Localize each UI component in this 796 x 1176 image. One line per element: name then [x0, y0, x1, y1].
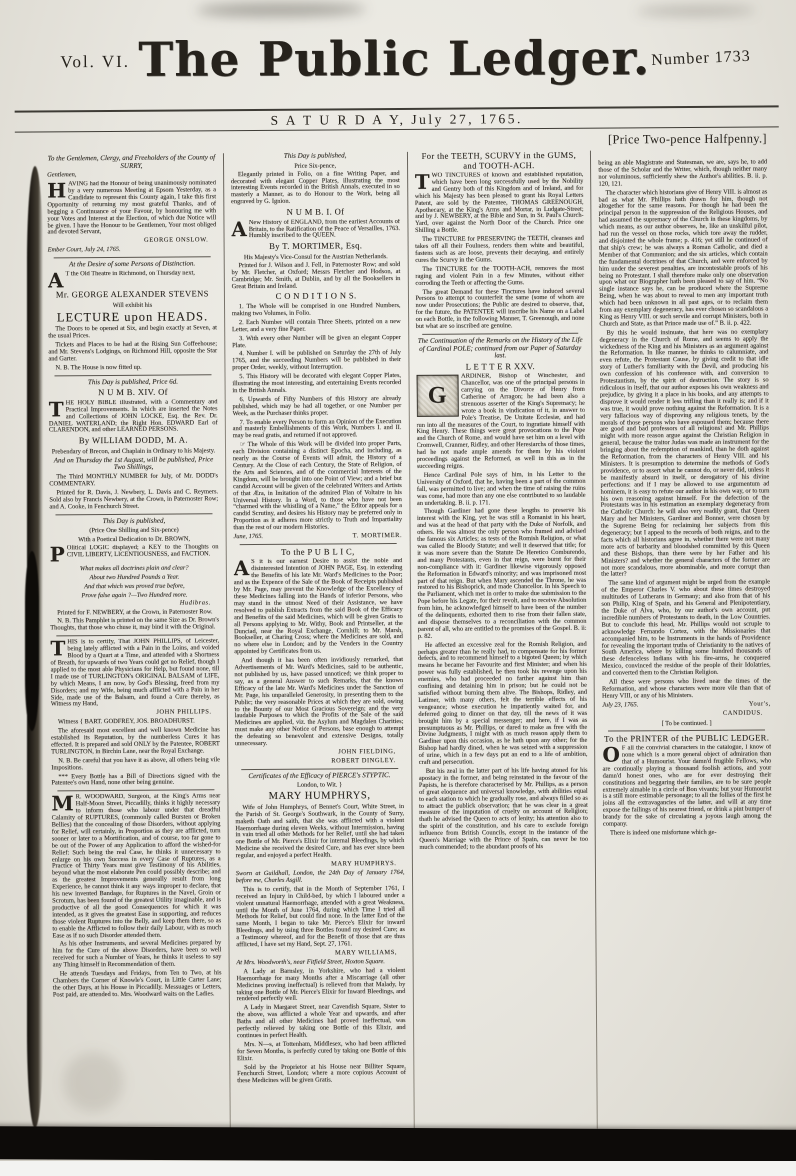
paragraph: 3. With every other Number will be given…: [232, 335, 401, 350]
paragraph: 5. This History will be decorated with e…: [232, 373, 401, 395]
article-divider: [422, 333, 579, 335]
paragraph: Though Gardiner had gone these lengths t…: [417, 508, 587, 640]
paragraph: A Lady in Margaret Street, near Cavendis…: [237, 1004, 406, 1040]
paragraph: 6. Upwards of Fifty Numbers of this Hist…: [232, 396, 401, 418]
paragraph: The character which historians give of H…: [598, 189, 768, 328]
ink-smudge: [636, 5, 756, 16]
verse-line: Prove false again ?—Two Hundred more.: [50, 591, 219, 599]
subheading: Price Six-pence,: [231, 162, 400, 170]
article-divider: [55, 513, 212, 515]
publication-line: This Day is published,: [50, 517, 219, 526]
paragraph: The Doors to be opened at Six, and begin…: [48, 326, 217, 341]
signature: MARY HUMPHRYS.: [236, 861, 405, 869]
signature: T. MORTIMER.: [353, 533, 403, 540]
drop-cap: T: [50, 640, 67, 658]
article-heading: By T. MORTIMER, Esq.: [231, 241, 400, 252]
signature: CANDIDUS.: [602, 710, 771, 718]
paragraph-dropcap: HAVING had the Honour of being unanimous…: [47, 180, 216, 236]
paragraph: As his other Instruments, and several Me…: [52, 941, 221, 970]
signature: MARY WILLIAMS,: [236, 950, 405, 958]
article-heading: To the PRINTER of the PUBLIC LEDGER.: [602, 733, 771, 744]
verse-line: About two Hundred Pounds a Year.: [50, 573, 219, 581]
paragraph-italic: At Mrs. Woodworth's, near Fitfield Stree…: [236, 959, 405, 967]
article-heading: For the TEETH, SCURVY in the GUMS, and T…: [414, 151, 583, 171]
drop-cap: H: [47, 181, 68, 199]
paragraph: The Third MONTHLY NUMBER for July, of Mr…: [49, 473, 218, 488]
signature: GEORGE ONSLOW.: [48, 238, 217, 246]
signature: JOHN PHILLIPS.: [51, 710, 220, 718]
paragraph: N. B. The House is now fitted up.: [48, 364, 217, 372]
paragraph: Hence Cardinal Pole says of him, in his …: [417, 472, 586, 508]
paragraph-dropcap: MR. WOODWARD, Surgeon, at the King's Arm…: [51, 794, 221, 940]
publication-line: At the Desire of some Persons of Distinc…: [48, 260, 217, 269]
article-heading: The Continuation of the Remarks on the H…: [416, 337, 585, 361]
signature: Your's,: [749, 701, 771, 708]
article-heading: C O N D I T I O N S.: [232, 291, 401, 302]
article-heading: Mr. GEORGE ALEXANDER STEVENS: [48, 290, 217, 301]
paragraph-italic: Sworn at Guildhall, London, the 24th Day…: [236, 870, 405, 885]
subheading: His Majesty's Vice-Consul for the Austri…: [231, 253, 400, 261]
verse-line: What makes all doctrines plain and clear…: [50, 564, 219, 572]
publication-line: This Day is published, Price 6d.: [49, 378, 218, 387]
paragraph: Witness { BART. GODFREY, JOS. BROADHURST…: [51, 718, 220, 726]
binding-shadow: [27, 166, 43, 1128]
subheading: London, to Wit. }: [235, 781, 404, 789]
drop-cap: O: [602, 746, 622, 764]
paragraph-woodcut: GARDINER, Bishop of Winchester, and Chan…: [416, 373, 585, 471]
paragraph: The TINCTURE for the TOOTH-ACH, removes …: [415, 265, 584, 287]
drop-cap: A: [234, 559, 252, 577]
column-4: being an able Magistrate and Statesman, …: [596, 149, 776, 1128]
subheading: Will exhibit his: [48, 301, 217, 309]
paragraph: Printed for F. NEWBERY, at the Crown, in…: [50, 609, 219, 617]
paragraph: 1. The Whole will be comprised in one Hu…: [232, 303, 401, 318]
signature: ROBERT DINGLEY.: [235, 758, 404, 766]
scan-edge-bottom: [0, 1126, 796, 1163]
paragraph: The great Demand for these Tinctures hav…: [415, 288, 584, 331]
dateline: July 23, 1765.Your's,: [602, 701, 771, 709]
paragraph-dropcap: ANew History of ENGLAND, from the earlie…: [231, 219, 400, 241]
paragraph: All these were persons who lived near th…: [602, 678, 771, 700]
newspaper-sheet: Vol. VI. The Public Ledger. Number 1733 …: [0, 0, 796, 1176]
paragraph: Sold by the Proprietor at his House near…: [237, 1064, 406, 1086]
woodcut-initial: G: [416, 375, 458, 417]
paragraph: *** Every Bottle has a Bill of Direction…: [51, 773, 220, 788]
paragraph-italic: Gentlemen,: [47, 171, 216, 179]
drop-cap: T: [49, 400, 66, 418]
subheading: With a Poetical Dedication to Dr. BROWN,: [50, 535, 219, 543]
price-label: [Price Two-pence Halfpenny.]: [608, 131, 767, 147]
subheading: (Price One Shilling and Six-pence): [50, 526, 219, 534]
paragraph: This is to certify, that in the Month of…: [236, 886, 405, 949]
article-divider: [55, 374, 212, 376]
article-heading: N U M B. XIV. Of: [49, 388, 218, 399]
paragraph: The aforesaid most excellent and well kn…: [51, 727, 220, 756]
article-heading: N U M B. I. Of: [231, 207, 400, 218]
publication-line: And on Thursday the 1st August, will be …: [49, 456, 218, 472]
paragraph: Elegantly printed in Folio, on a fine Wr…: [231, 171, 400, 207]
paragraph-dropcap: OF all the convivial characters in the c…: [602, 744, 771, 828]
paragraph: 2. Each Number will contain Three Sheets…: [232, 319, 401, 334]
paragraph-dropcap: THE HOLY BIBLE illustrated, with a Comme…: [49, 399, 218, 435]
paragraph: being an able Magistrate and Statesman, …: [598, 159, 767, 188]
drop-cap: P: [50, 545, 67, 563]
paragraph: 7. To enable every Person to form an Opi…: [233, 419, 402, 441]
article-divider: [56, 635, 213, 637]
drop-cap: A: [231, 220, 249, 238]
drop-cap: T: [415, 173, 432, 191]
paragraph: Printed for R. Davis, J. Newbery, L. Dav…: [49, 489, 218, 511]
paragraph-dropcap: AT the Old Theatre in Richmond, on Thurs…: [48, 270, 217, 289]
signature: JOHN FIELDING,: [235, 749, 404, 757]
subheading: [ To be continued. ]: [602, 719, 771, 727]
paragraph: N. B. This Pamphlet is printed on the sa…: [50, 618, 219, 633]
paragraph: Printed for J. Wilson and J. Fell, in Pa…: [231, 262, 400, 291]
dateline-date: July 23, 1765.: [602, 702, 638, 709]
dateline-date: June, 1765.: [233, 534, 263, 541]
dateline: June, 1765.T. MORTIMER.: [233, 533, 402, 541]
article-divider: [241, 768, 398, 770]
publication-line: Certificates of the Efficacy of PIERCE's…: [235, 772, 404, 781]
paragraph: He affected an excessive zeal for the Ro…: [418, 641, 588, 766]
column-3: For the TEETH, SCURVY in the GUMS, and T…: [412, 151, 592, 1130]
article-divider: [57, 790, 214, 792]
column-1: To the Gentlemen, Clergy, and Freeholder…: [45, 153, 225, 1132]
ink-smudge: [196, 2, 366, 17]
subheading: Prebendary of Brecon, and Chaplain in Or…: [49, 447, 218, 455]
paragraph-italic: Ember Court, July 24, 1765.: [48, 247, 217, 255]
article-divider: [239, 543, 396, 545]
paragraph-dropcap: AS it is our earnest Desire to assist th…: [234, 558, 403, 656]
scan-margin-bottom: [0, 1161, 796, 1176]
paragraph-dropcap: POlitical LOGIC displayed; a KEY to the …: [50, 544, 219, 563]
paragraph: And though it has been often invidiously…: [234, 657, 403, 748]
paragraph: The same kind of argument might be urged…: [601, 580, 770, 678]
paragraph: N. B. Be careful that you have it as abo…: [51, 757, 220, 772]
paragraph: Mrs. N—s, at Tottenham, Middlesex, who h…: [237, 1041, 406, 1063]
paragraph: There is indeed one misfortune which ge-: [603, 829, 772, 837]
date-band: S A T U R D A Y, July 27, 1765.: [15, 105, 779, 132]
drop-cap: M: [51, 795, 75, 813]
columns-container: To the Gentlemen, Clergy, and Freeholder…: [45, 149, 776, 1132]
verse-line: And that which was proved true before,: [50, 582, 219, 590]
paragraph: A Lady at Barnsley, in Yorkshire, who ha…: [236, 968, 405, 1004]
paragraph-dropcap: THIS is to certify, That JOHN PHILLIPS, …: [50, 639, 219, 709]
newspaper-page: Vol. VI. The Public Ledger. Number 1733 …: [0, 0, 796, 1176]
article-heading: To the P U B L I C,: [233, 547, 402, 558]
paragraph: By this he would insinuate, that here wa…: [599, 329, 769, 579]
column-2: This Day is published,Price Six-pence,El…: [229, 152, 409, 1131]
paragraph: ☞ The Whole of this Work will be divided…: [233, 441, 402, 532]
paragraph: Wife of John Humphrys, of Bennet's Court…: [235, 804, 404, 860]
drop-cap: A: [48, 271, 66, 289]
article-title: MARY HUMPHRYS,: [235, 790, 404, 803]
article-divider: [54, 256, 211, 258]
article-heading: L E T T E R XXV.: [416, 361, 585, 372]
article-title: LECTURE upon HEADS.: [48, 310, 217, 325]
article-heading: By WILLIAM DODD, M. A.: [49, 436, 218, 447]
signature: Hudibras.: [50, 600, 219, 608]
publication-line: This Day is published,: [231, 152, 400, 161]
paragraph: The TINCTURE for PRESERVING the TEETH, c…: [415, 236, 584, 265]
paragraph-dropcap: TWO TINCTURES of known and established r…: [415, 172, 584, 235]
article-heading: To the Gentlemen, Clergy, and Freeholder…: [47, 154, 216, 170]
paragraph: Tickets and Places to be had at the Risi…: [48, 341, 217, 363]
paragraph: 4. Number I. will be published on Saturd…: [232, 350, 401, 372]
paragraph: He attends Tuesdays and Fridays, from Te…: [53, 970, 222, 999]
paragraph: But his zeal in the latter part of his l…: [419, 768, 588, 852]
article-divider: [608, 729, 765, 731]
